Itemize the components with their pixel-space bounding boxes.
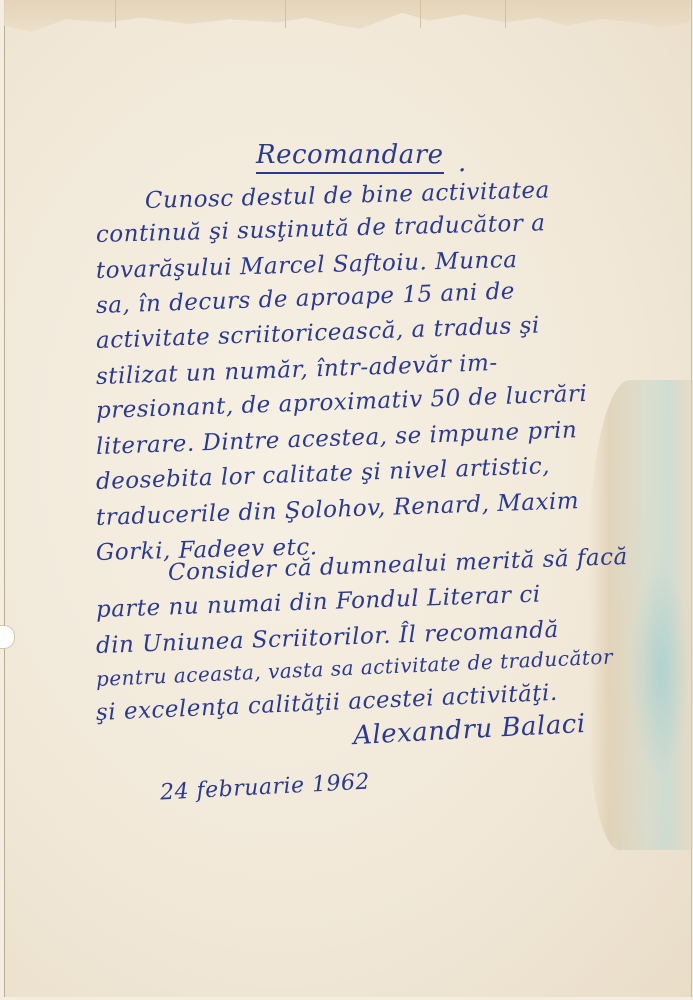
ink-bleed-stain: [630, 560, 690, 780]
letter-title: Recomandare: [256, 140, 444, 174]
fold-crease: [505, 0, 506, 28]
fold-crease: [285, 0, 286, 28]
title-period: .: [458, 148, 467, 178]
fold-crease: [420, 0, 421, 28]
fold-crease: [115, 0, 116, 28]
